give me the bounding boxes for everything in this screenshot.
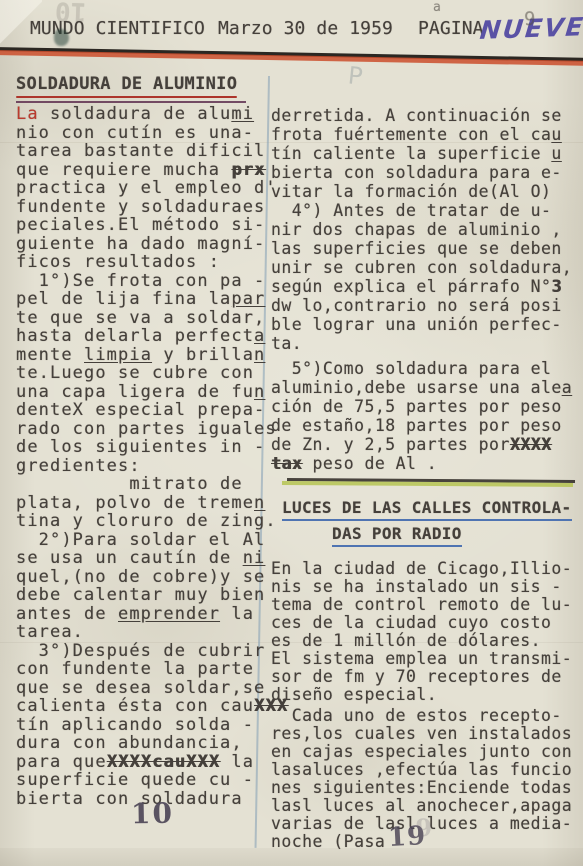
text-line: unir se cubren con soldadura, <box>271 258 579 277</box>
text-line: Cada uno de estos recepto- <box>271 707 579 725</box>
text-line: rado con partes iguales <box>16 420 278 439</box>
header-date: Marzo 30 de 1959 <box>218 18 393 39</box>
text-line: es de 1 millón de dólares. <box>271 632 579 650</box>
text-line: res,los cuales ven instalados <box>271 725 579 743</box>
text-line: dw lo,contrario no será posi <box>271 296 579 315</box>
text-line: tarea. <box>16 623 278 642</box>
right-column-text-part2: En la ciudad de Cicago,Illio-nis se ha i… <box>271 560 579 851</box>
text-line: gredientes: <box>16 457 278 476</box>
text-line: 2°)Para soldar el Al <box>16 531 278 550</box>
text-line: ces de la ciudad cuyo costo <box>271 614 579 632</box>
text-line: hasta delarla perfecta <box>16 327 278 346</box>
text-line: mitrato de <box>16 475 278 494</box>
text-line: que requiere mucha prx <box>16 161 278 180</box>
text-line: para queXXXXcauXXX la <box>16 753 278 772</box>
text-line: El sistema emplea un transmi- <box>271 650 579 668</box>
text-line: te que se va a soldar, <box>16 309 278 328</box>
mirrored-offset-print: 10 <box>54 0 86 27</box>
left-column-text: La soldadura de aluminio con cutín es un… <box>16 105 278 808</box>
article-title-text: SOLDADURA DE ALUMINIO <box>16 74 237 94</box>
text-line: nes siguientes:Enciende todas <box>271 779 579 797</box>
text-line: bierta con soldadura para e- <box>271 163 579 182</box>
text-line: aluminio,debe usarse una alea <box>271 378 579 397</box>
text-line: tín aplicando solda - <box>16 716 278 735</box>
text-line: nio con cutín es una- <box>16 124 278 143</box>
text-line: tax peso de Al . <box>271 454 579 473</box>
text-line: de estaño,18 partes por peso <box>271 416 579 435</box>
small-typed-mark: a <box>433 0 441 15</box>
text-line: te.Luego se cubre con <box>16 364 278 383</box>
text-line: 1°)Se frota con pa - <box>16 272 278 291</box>
article-title-luces-line1: LUCES DE LAS CALLES CONTROLA- <box>282 497 572 521</box>
bottom-edge-shadow <box>0 848 583 866</box>
text-line: de Zn. y 2,5 partes porXXXX <box>271 435 579 454</box>
ink-smudge <box>54 29 69 46</box>
text-line: La soldadura de alumi <box>16 105 278 124</box>
text-line: 3°)Después de cubrir <box>16 642 278 661</box>
text-line: quel,(no de cobre)y se <box>16 568 278 587</box>
header-rule <box>0 47 583 66</box>
text-line: pel de lija fina lapar <box>16 290 278 309</box>
right-column-text-part1: derretida. A continuación sefrota fuérte… <box>271 106 579 473</box>
pencil-mark: P <box>347 61 364 90</box>
text-line: sor de fm y 70 receptores de <box>271 668 579 686</box>
ghost-stamp-digit: 9 <box>415 813 434 843</box>
article-title-soldadura: SOLDADURA DE ALUMINIO <box>16 74 237 103</box>
text-line: antes de emprender la <box>16 605 278 624</box>
text-line: debe calentar muy bien <box>16 586 278 605</box>
text-line: las superficies que se deben <box>271 239 579 258</box>
text-line: 4°) Antes de tratar de u- <box>271 201 579 220</box>
text-line: tina y cloruro de zing. <box>16 512 278 531</box>
text-line: que se desea soldar,se <box>16 679 278 698</box>
text-line: denteX especial prepa- <box>16 401 278 420</box>
typed-overstamp-digit: 9 <box>524 8 535 30</box>
page-label: PAGINA <box>418 18 484 39</box>
text-line: según explica el párrafo N°3 <box>271 277 579 296</box>
text-line: tín caliente la superficie u <box>271 144 579 163</box>
text-line: se usa un cautín de ni <box>16 549 278 568</box>
text-line: ta. <box>271 334 579 353</box>
text-line: practica y el empleo d' <box>16 179 278 198</box>
text-line: nir dos chapas de aluminio , <box>271 220 579 239</box>
text-line: tema de control remoto de lu- <box>271 596 579 614</box>
text-line: En la ciudad de Cicago,Illio- <box>271 560 579 578</box>
text-line: peciales.El método si- <box>16 216 278 235</box>
text-line: lasaluces ,efectúa las funcio <box>271 761 579 779</box>
text-line: frota fuértemente con el cau <box>271 125 579 144</box>
text-line: ción de 75,5 partes por peso <box>271 397 579 416</box>
text-line: diseño especial. <box>271 686 579 704</box>
text-line: nis se ha instalado un sis - <box>271 578 579 596</box>
page-stamp-left: 10 <box>131 797 175 831</box>
document-page: MUNDO CIENTIFICO Marzo 30 de 1959 PAGINA… <box>0 0 583 866</box>
text-line: 5°)Como soldadura para el <box>271 359 579 378</box>
text-line: dura con abundancia, <box>16 734 278 753</box>
page-header: MUNDO CIENTIFICO Marzo 30 de 1959 PAGINA… <box>0 18 583 48</box>
title-underline-dark <box>16 101 246 103</box>
text-line: derretida. A continuación se <box>271 106 579 125</box>
article-title-luces-line2: DAS POR RADIO <box>332 523 462 547</box>
text-line: calienta ésta con cauXXX <box>16 697 278 716</box>
text-line: una capa ligera de fun <box>16 383 278 402</box>
text-line: guiente ha dado magní- <box>16 235 278 254</box>
text-line: con fundente la parte <box>16 660 278 679</box>
section-separator <box>287 478 575 487</box>
text-line: ble lograr una unión perfec- <box>271 315 579 334</box>
text-line: ficos resultados : <box>16 253 278 272</box>
text-line: en cajas especiales junto con <box>271 743 579 761</box>
text-line: plata, polvo de tremen <box>16 494 278 513</box>
text-line: superficie quede cu - <box>16 771 278 790</box>
article-title-luces: LUCES DE LAS CALLES CONTROLA- DAS POR RA… <box>282 497 572 547</box>
text-line: vitar la formación de(Al O) <box>271 182 579 201</box>
text-line: tarea bastante dificil <box>16 142 278 161</box>
text-line: de los siguientes in - <box>16 438 278 457</box>
title-underline-red <box>16 96 237 98</box>
text-line: fundente y soldaduraes <box>16 198 278 217</box>
separator-green-line <box>282 481 573 487</box>
text-line: mente limpia y brillan <box>16 346 278 365</box>
